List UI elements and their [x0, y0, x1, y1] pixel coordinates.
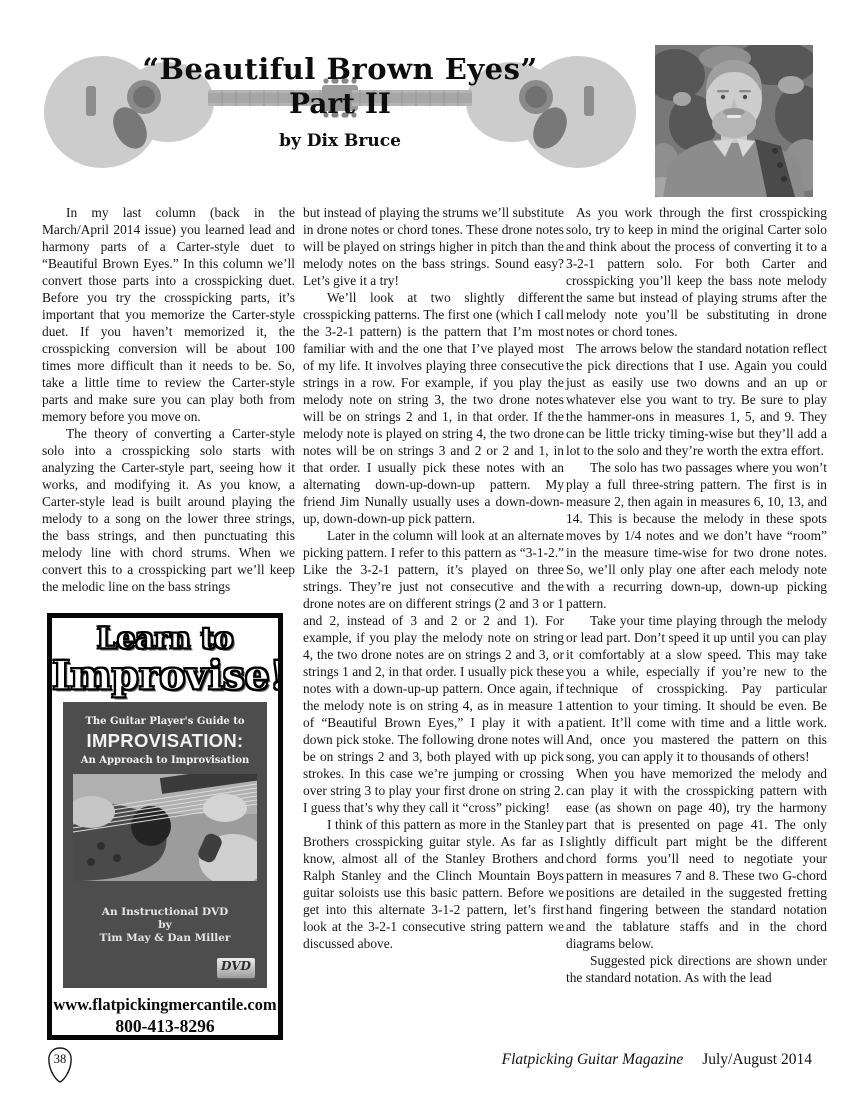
paragraph: but instead of playing the strums we’ll … [303, 204, 564, 289]
footer-credit: Flatpicking Guitar Magazine July/August … [502, 1051, 812, 1069]
paragraph: Take your time playing through the melod… [566, 612, 827, 765]
paragraph: The theory of converting a Carter-style … [42, 425, 295, 595]
dvd-logo-icon: DVD [217, 958, 255, 978]
ad-headline-line1: Learn to [52, 622, 278, 655]
paragraph: Later in the column will look at an alte… [303, 527, 564, 816]
paragraph: The arrows below the standard notation r… [566, 340, 827, 459]
paragraph: I think of this pattern as more in the S… [303, 816, 564, 952]
column-3: As you work through the first crosspicki… [566, 204, 827, 986]
dvd-cover-subtitle: An Approach to Improvisation [63, 755, 267, 766]
column-1: In my last column (back in the March/Apr… [42, 204, 295, 595]
paragraph: The solo has two passages where you won’… [566, 459, 827, 612]
paragraph: As you work through the first crosspicki… [566, 204, 827, 340]
issue-date: July/August 2014 [702, 1051, 812, 1068]
header: “Beautiful Brown Eyes” Part II by Dix Br… [40, 53, 640, 151]
dvd-cover: The Guitar Player's Guide to IMPROVISATI… [63, 702, 267, 988]
article-subtitle: Part II [40, 88, 640, 120]
column-2: but instead of playing the strums we’ll … [303, 204, 564, 952]
paragraph: We’ll look at two slightly different cro… [303, 289, 564, 527]
dvd-cover-title: IMPROVISATION: [63, 730, 267, 752]
dvd-cover-kicker: The Guitar Player's Guide to [63, 702, 267, 727]
ad-box: Learn to Improvise! The Guitar Player's … [47, 613, 283, 1040]
dvd-credit-line2: by [63, 919, 267, 932]
paragraph: When you have memorized the melody and c… [566, 765, 827, 952]
ad-headline-line2: Improvise! [52, 655, 278, 697]
article-title: “Beautiful Brown Eyes” [40, 53, 640, 86]
paragraph: In my last column (back in the March/Apr… [42, 204, 295, 425]
ad-phone: 800-413-8296 [52, 1016, 278, 1037]
magazine-name: Flatpicking Guitar Magazine [502, 1051, 684, 1068]
magazine-page: “Beautiful Brown Eyes” Part II by Dix Br… [0, 0, 850, 1100]
page-number: 38 [45, 1052, 75, 1067]
byline: by Dix Bruce [40, 131, 640, 151]
dvd-credit-line3: Tim May & Dan Miller [63, 932, 267, 945]
ad-website: www.flatpickingmercantile.com [52, 995, 278, 1015]
dvd-credit-line1: An Instructional DVD [63, 906, 267, 919]
dvd-cover-photo [73, 774, 257, 881]
dvd-credits: An Instructional DVD by Tim May & Dan Mi… [63, 906, 267, 945]
author-photo [655, 45, 813, 197]
paragraph: Suggested pick directions are shown unde… [566, 952, 827, 986]
